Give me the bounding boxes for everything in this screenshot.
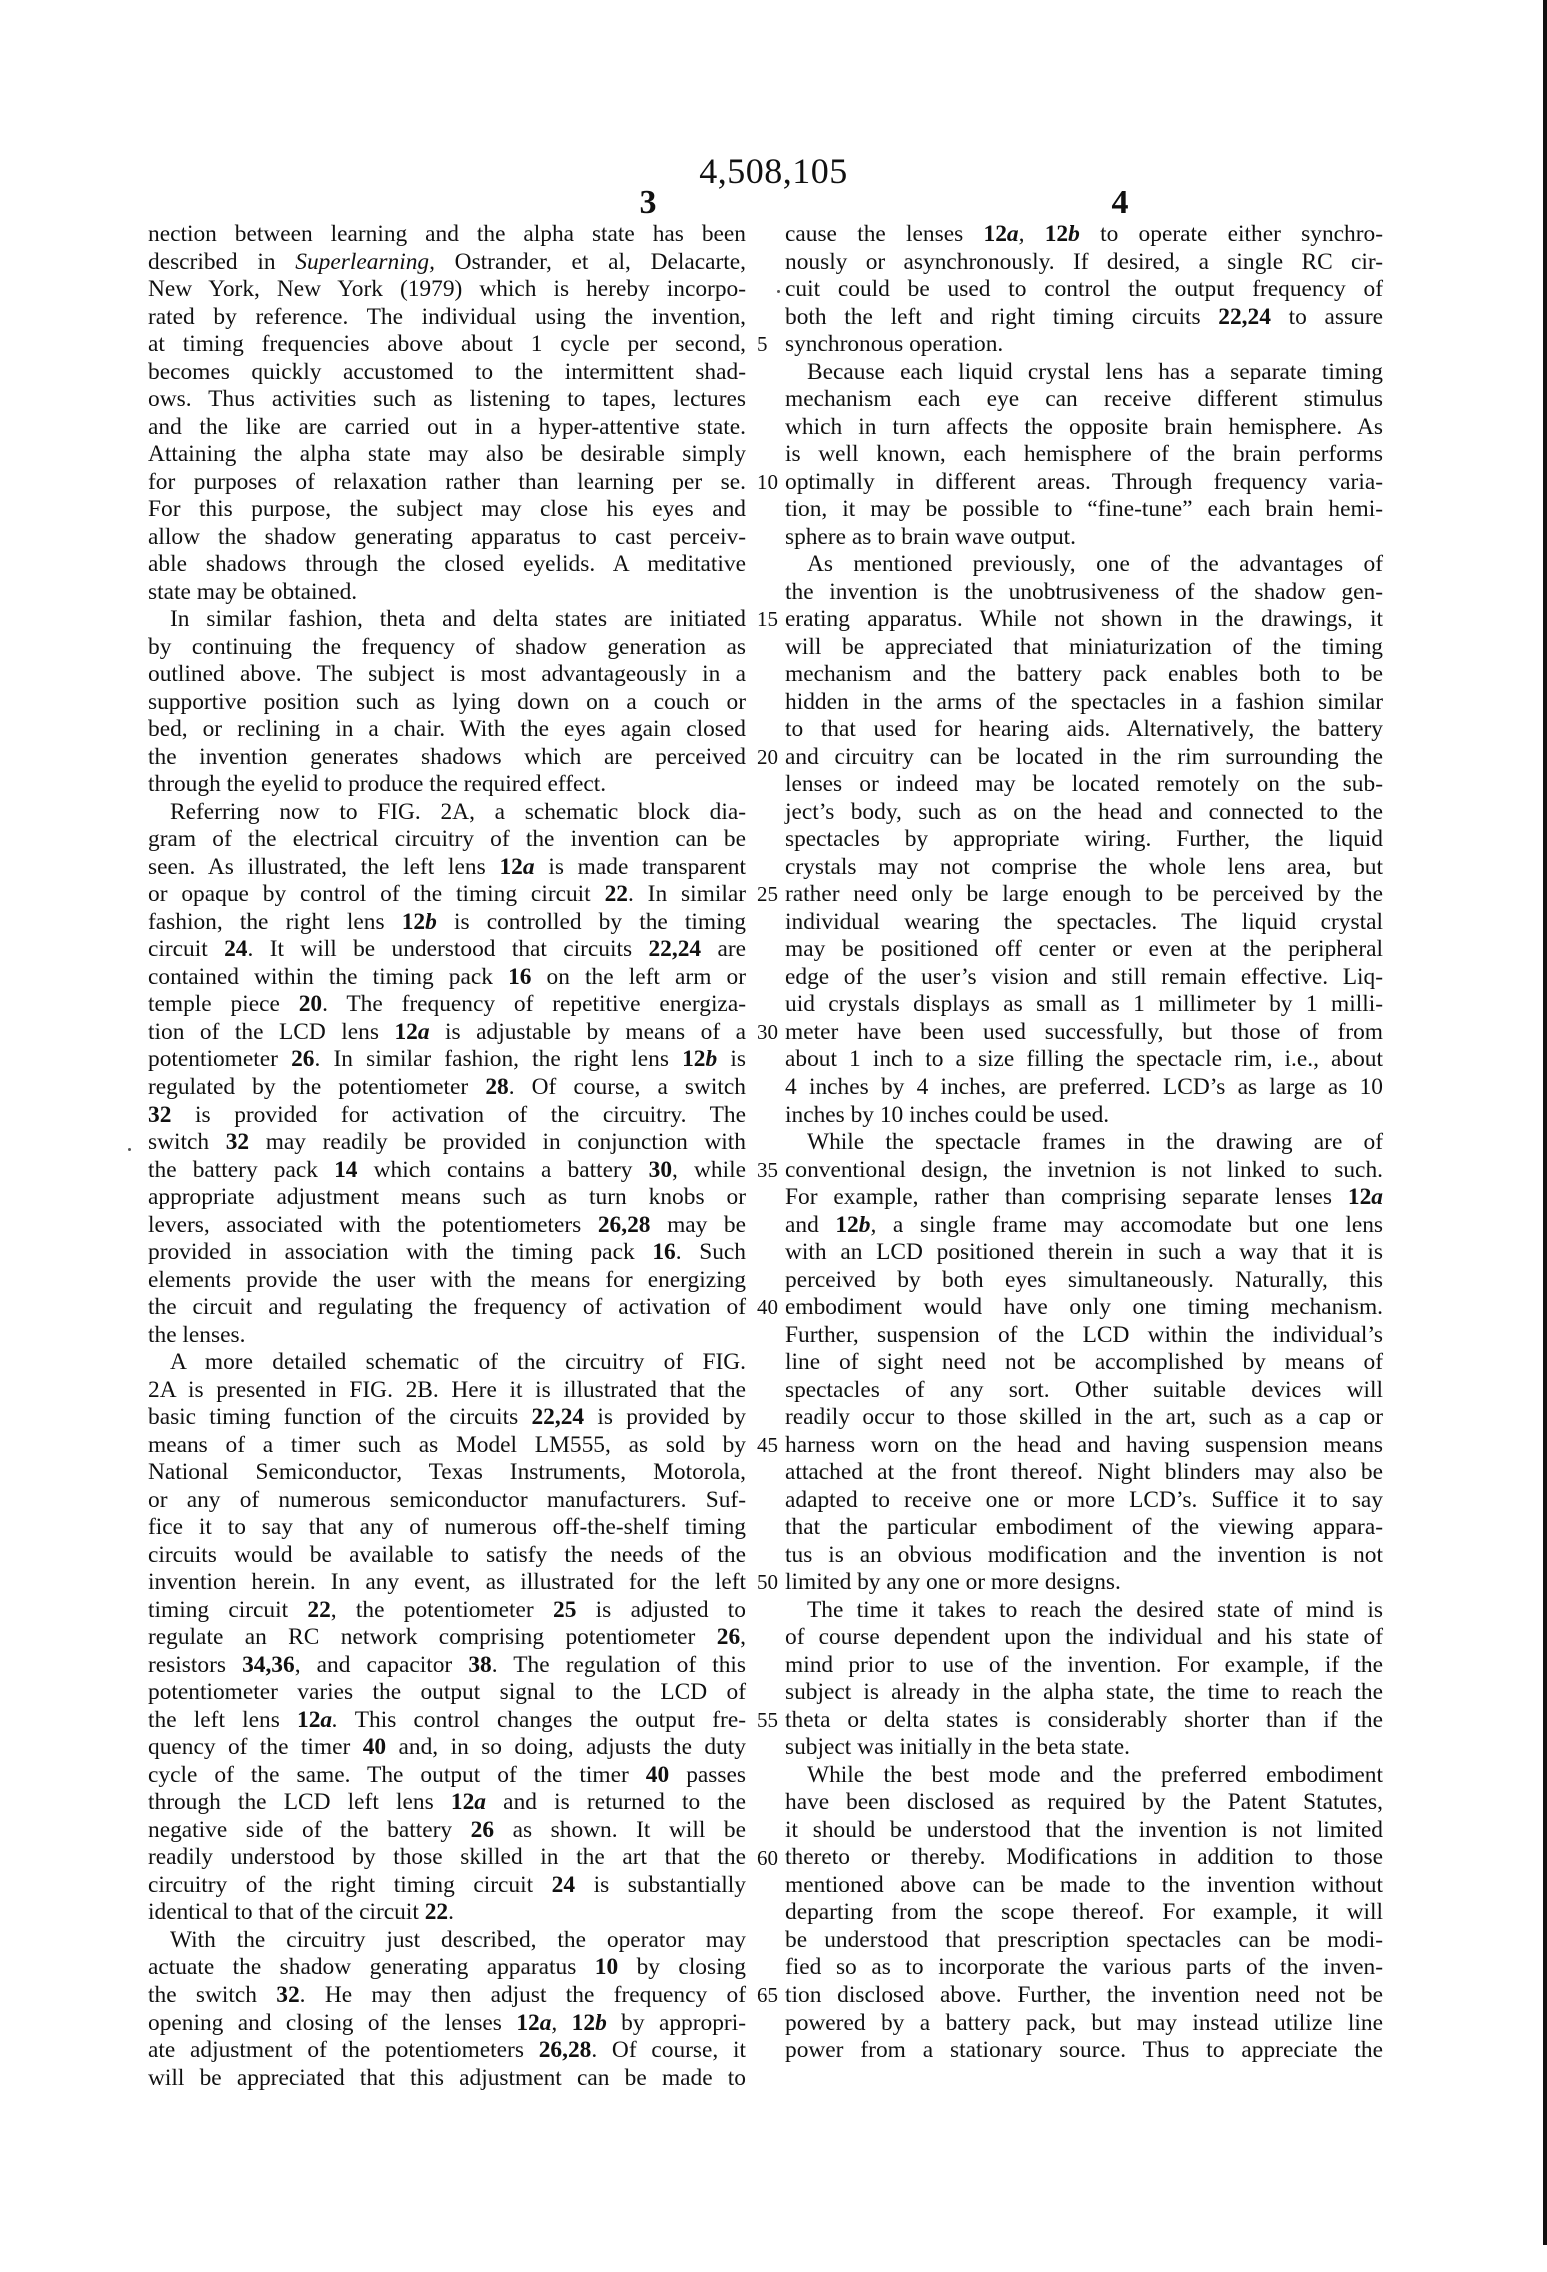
- right-text-line: Because each liquid crystal lens has a s…: [785, 359, 1383, 387]
- line-number: 10: [757, 469, 785, 497]
- left-text-line: negative side of the battery 26 as shown…: [148, 1817, 746, 1845]
- right-text-line: individual wearing the spectacles. The l…: [785, 909, 1383, 937]
- right-text-line: will be appreciated that miniaturization…: [785, 634, 1383, 662]
- right-text-line: it should be understood that the inventi…: [785, 1817, 1383, 1845]
- left-text-line: invention herein. In any event, as illus…: [148, 1569, 746, 1597]
- left-text-line: and the like are carried out in a hyper-…: [148, 414, 746, 442]
- right-text-line: optimally in different areas. Through fr…: [785, 469, 1383, 497]
- right-text-line: meter have been used successfully, but t…: [785, 1019, 1383, 1047]
- left-text-line: provided in association with the timing …: [148, 1239, 746, 1267]
- left-text-line: fashion, the right lens 12b is controlle…: [148, 909, 746, 937]
- left-text-line: at timing frequencies above about 1 cycl…: [148, 331, 746, 359]
- line-number: 65: [757, 1982, 785, 2010]
- right-text-line: power from a stationary source. Thus to …: [785, 2037, 1383, 2065]
- left-text-line: by continuing the frequency of shadow ge…: [148, 634, 746, 662]
- right-text-line: For example, rather than comprising sepa…: [785, 1184, 1383, 1212]
- left-text-line: 2A is presented in FIG. 2B. Here it is i…: [148, 1377, 746, 1405]
- left-text-line: outlined above. The subject is most adva…: [148, 661, 746, 689]
- right-text-line: 4 inches by 4 inches, are preferred. LCD…: [785, 1074, 1383, 1102]
- left-text-line: quency of the timer 40 and, in so doing,…: [148, 1734, 746, 1762]
- right-text-line: fied so as to incorporate the various pa…: [785, 1954, 1383, 1982]
- column-number-left: 3: [618, 184, 678, 222]
- right-text-line: mentioned above can be made to the inven…: [785, 1872, 1383, 1900]
- left-text-line: circuits would be available to satisfy t…: [148, 1542, 746, 1570]
- left-text-line: ows. Thus activities such as listening t…: [148, 386, 746, 414]
- right-text-line: readily occur to those skilled in the ar…: [785, 1404, 1383, 1432]
- left-text-line: gram of the electrical circuitry of the …: [148, 826, 746, 854]
- left-text-line: contained within the timing pack 16 on t…: [148, 964, 746, 992]
- right-text-line: synchronous operation.: [785, 331, 1383, 359]
- right-text-line: uid crystals displays as small as 1 mill…: [785, 991, 1383, 1019]
- right-text-line: with an LCD positioned therein in such a…: [785, 1239, 1383, 1267]
- right-text-line: hidden in the arms of the spectacles in …: [785, 689, 1383, 717]
- left-text-line: through the LCD left lens 12a and is ret…: [148, 1789, 746, 1817]
- right-text-line: tion disclosed above. Further, the inven…: [785, 1982, 1383, 2010]
- line-number: 60: [757, 1845, 785, 1873]
- right-text-line: attached at the front thereof. Night bli…: [785, 1459, 1383, 1487]
- line-number: 40: [757, 1294, 785, 1322]
- left-text-line: Attaining the alpha state may also be de…: [148, 441, 746, 469]
- left-text-line: For this purpose, the subject may close …: [148, 496, 746, 524]
- right-text-line: mind prior to use of the invention. For …: [785, 1652, 1383, 1680]
- left-text-line: supportive position such as lying down o…: [148, 689, 746, 717]
- left-text-line: regulate an RC network comprising potent…: [148, 1624, 746, 1652]
- right-text-line: perceived by both eyes simultaneously. N…: [785, 1267, 1383, 1295]
- right-text-line: subject is already in the alpha state, t…: [785, 1679, 1383, 1707]
- left-text-line: the lenses.: [148, 1322, 746, 1350]
- left-text-line: the invention generates shadows which ar…: [148, 744, 746, 772]
- right-text-line: limited by any one or more designs.: [785, 1569, 1383, 1597]
- right-text-line: mechanism and the battery pack enables b…: [785, 661, 1383, 689]
- right-text-line: departing from the scope thereof. For ex…: [785, 1899, 1383, 1927]
- left-text-line: the switch 32. He may then adjust the fr…: [148, 1982, 746, 2010]
- left-text-line: With the circuitry just described, the o…: [148, 1927, 746, 1955]
- left-text-line: resistors 34,36, and capacitor 38. The r…: [148, 1652, 746, 1680]
- left-text-line: will be appreciated that this adjustment…: [148, 2065, 746, 2093]
- right-text-line: to that used for hearing aids. Alternati…: [785, 716, 1383, 744]
- left-text-line: 32 is provided for activation of the cir…: [148, 1102, 746, 1130]
- left-text-line: opening and closing of the lenses 12a, 1…: [148, 2010, 746, 2038]
- left-text-line: potentiometer varies the output signal t…: [148, 1679, 746, 1707]
- right-text-line: lenses or indeed may be located remotely…: [785, 771, 1383, 799]
- right-text-line: While the spectacle frames in the drawin…: [785, 1129, 1383, 1157]
- left-text-line: described in Superlearning, Ostrander, e…: [148, 249, 746, 277]
- left-text-line: actuate the shadow generating apparatus …: [148, 1954, 746, 1982]
- left-text-line: becomes quickly accustomed to the interm…: [148, 359, 746, 387]
- line-number: 55: [757, 1707, 785, 1735]
- right-text-line: cause the lenses 12a, 12b to operate eit…: [785, 221, 1383, 249]
- right-text-line: crystals may not comprise the whole lens…: [785, 854, 1383, 882]
- right-text-line: line of sight need not be accomplished b…: [785, 1349, 1383, 1377]
- left-text-line: or opaque by control of the timing circu…: [148, 881, 746, 909]
- right-text-line: sphere as to brain wave output.: [785, 524, 1383, 552]
- right-text-line: both the left and right timing circuits …: [785, 304, 1383, 332]
- right-text-line: inches by 10 inches could be used.: [785, 1102, 1383, 1130]
- left-text-line: In similar fashion, theta and delta stat…: [148, 606, 746, 634]
- page-edge: [1543, 0, 1547, 2245]
- right-text-line: tus is an obvious modification and the i…: [785, 1542, 1383, 1570]
- left-text-line: seen. As illustrated, the left lens 12a …: [148, 854, 746, 882]
- patent-number: 4,508,105: [0, 150, 1547, 192]
- right-text-line: and circuitry can be located in the rim …: [785, 744, 1383, 772]
- line-number: 25: [757, 881, 785, 909]
- left-text-line: New York, New York (1979) which is hereb…: [148, 276, 746, 304]
- left-text-line: rated by reference. The individual using…: [148, 304, 746, 332]
- scan-artifact: [777, 290, 780, 293]
- left-text-line: circuit 24. It will be understood that c…: [148, 936, 746, 964]
- right-text-line: cuit could be used to control the output…: [785, 276, 1383, 304]
- left-text-line: through the eyelid to produce the requir…: [148, 771, 746, 799]
- left-text-line: fice it to say that any of numerous off-…: [148, 1514, 746, 1542]
- right-text-line: subject was initially in the beta state.: [785, 1734, 1383, 1762]
- left-text-line: appropriate adjustment means such as tur…: [148, 1184, 746, 1212]
- left-text-line: tion of the LCD lens 12a is adjustable b…: [148, 1019, 746, 1047]
- left-text-line: elements provide the user with the means…: [148, 1267, 746, 1295]
- right-text-line: be understood that prescription spectacl…: [785, 1927, 1383, 1955]
- right-text-line: powered by a battery pack, but may inste…: [785, 2010, 1383, 2038]
- right-text-line: and 12b, a single frame may accomodate b…: [785, 1212, 1383, 1240]
- left-text-line: National Semiconductor, Texas Instrument…: [148, 1459, 746, 1487]
- line-number: 45: [757, 1432, 785, 1460]
- left-text-line: A more detailed schematic of the circuit…: [148, 1349, 746, 1377]
- right-text-line: erating apparatus. While not shown in th…: [785, 606, 1383, 634]
- line-number: 35: [757, 1157, 785, 1185]
- left-text-line: the left lens 12a. This control changes …: [148, 1707, 746, 1735]
- line-number: 5: [757, 331, 785, 359]
- right-text-line: Further, suspension of the LCD within th…: [785, 1322, 1383, 1350]
- right-text-line: may be positioned off center or even at …: [785, 936, 1383, 964]
- right-text-line: spectacles by appropriate wiring. Furthe…: [785, 826, 1383, 854]
- right-text-line: about 1 inch to a size filling the spect…: [785, 1046, 1383, 1074]
- right-text-line: As mentioned previously, one of the adva…: [785, 551, 1383, 579]
- left-text-line: identical to that of the circuit 22.: [148, 1899, 746, 1927]
- left-text-column: nection between learning and the alpha s…: [148, 221, 746, 2092]
- right-text-line: embodiment would have only one timing me…: [785, 1294, 1383, 1322]
- left-text-line: regulated by the potentiometer 28. Of co…: [148, 1074, 746, 1102]
- left-text-line: state may be obtained.: [148, 579, 746, 607]
- right-text-line: have been disclosed as required by the P…: [785, 1789, 1383, 1817]
- right-text-line: the invention is the unobtrusiveness of …: [785, 579, 1383, 607]
- right-text-line: which in turn affects the opposite brain…: [785, 414, 1383, 442]
- right-text-line: ject’s body, such as on the head and con…: [785, 799, 1383, 827]
- left-text-line: able shadows through the closed eyelids.…: [148, 551, 746, 579]
- left-text-line: basic timing function of the circuits 22…: [148, 1404, 746, 1432]
- line-number: 15: [757, 606, 785, 634]
- left-text-line: the circuit and regulating the frequency…: [148, 1294, 746, 1322]
- right-text-line: thereto or thereby. Modifications in add…: [785, 1844, 1383, 1872]
- left-text-line: ate adjustment of the potentiometers 26,…: [148, 2037, 746, 2065]
- left-text-line: nection between learning and the alpha s…: [148, 221, 746, 249]
- right-text-line: rather need only be large enough to be p…: [785, 881, 1383, 909]
- left-text-line: levers, associated with the potentiomete…: [148, 1212, 746, 1240]
- line-number: 50: [757, 1569, 785, 1597]
- right-text-line: spectacles of any sort. Other suitable d…: [785, 1377, 1383, 1405]
- left-text-line: readily understood by those skilled in t…: [148, 1844, 746, 1872]
- left-text-line: circuitry of the right timing circuit 24…: [148, 1872, 746, 1900]
- right-text-line: tion, it may be possible to “fine-tune” …: [785, 496, 1383, 524]
- left-text-line: potentiometer 26. In similar fashion, th…: [148, 1046, 746, 1074]
- right-text-line: The time it takes to reach the desired s…: [785, 1597, 1383, 1625]
- left-text-line: cycle of the same. The output of the tim…: [148, 1762, 746, 1790]
- left-text-line: bed, or reclining in a chair. With the e…: [148, 716, 746, 744]
- right-text-line: theta or delta states is considerably sh…: [785, 1707, 1383, 1735]
- scan-artifact: [128, 1148, 131, 1151]
- left-text-line: temple piece 20. The frequency of repeti…: [148, 991, 746, 1019]
- right-text-line: While the best mode and the preferred em…: [785, 1762, 1383, 1790]
- left-text-line: the battery pack 14 which contains a bat…: [148, 1157, 746, 1185]
- right-text-line: of course dependent upon the individual …: [785, 1624, 1383, 1652]
- left-text-line: switch 32 may readily be provided in con…: [148, 1129, 746, 1157]
- right-text-line: harness worn on the head and having susp…: [785, 1432, 1383, 1460]
- right-text-line: mechanism each eye can receive different…: [785, 386, 1383, 414]
- left-text-line: or any of numerous semiconductor manufac…: [148, 1487, 746, 1515]
- right-text-line: nously or asynchronously. If desired, a …: [785, 249, 1383, 277]
- line-number: 20: [757, 744, 785, 772]
- right-text-column: cause the lenses 12a, 12b to operate eit…: [785, 221, 1383, 2065]
- left-text-line: allow the shadow generating apparatus to…: [148, 524, 746, 552]
- right-text-line: is well known, each hemisphere of the br…: [785, 441, 1383, 469]
- line-number: 30: [757, 1019, 785, 1047]
- right-text-line: that the particular embodiment of the vi…: [785, 1514, 1383, 1542]
- left-text-line: timing circuit 22, the potentiometer 25 …: [148, 1597, 746, 1625]
- right-text-line: conventional design, the invetnion is no…: [785, 1157, 1383, 1185]
- left-text-line: for purposes of relaxation rather than l…: [148, 469, 746, 497]
- left-text-line: Referring now to FIG. 2A, a schematic bl…: [148, 799, 746, 827]
- left-text-line: means of a timer such as Model LM555, as…: [148, 1432, 746, 1460]
- right-text-line: adapted to receive one or more LCD’s. Su…: [785, 1487, 1383, 1515]
- right-text-line: edge of the user’s vision and still rema…: [785, 964, 1383, 992]
- column-number-right: 4: [1090, 184, 1150, 222]
